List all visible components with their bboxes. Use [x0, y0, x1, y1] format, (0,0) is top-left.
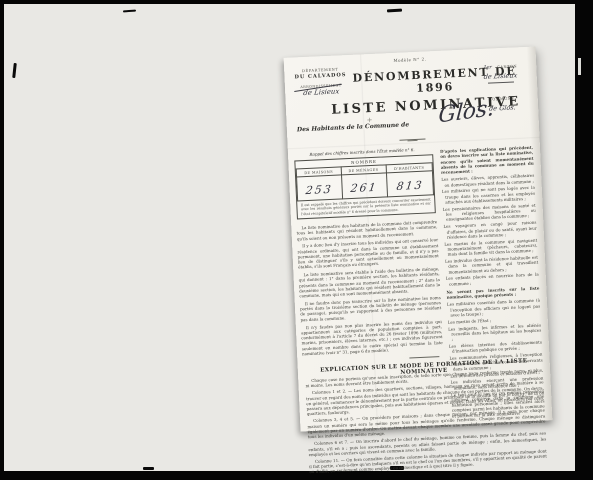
film-notch: [578, 58, 581, 75]
list-item: Les enfants placés en nourrice hors de l…: [446, 272, 539, 287]
registration-mark: [12, 63, 17, 78]
scan-frame-left: [0, 0, 4, 480]
form-model-number: Modèle N° 2.: [380, 56, 440, 64]
right-intro: D'après les explications qui précèdent, …: [440, 145, 534, 176]
census-form-page: + Modèle N° 2. DÉPARTEMENT DU CALVADOS A…: [284, 46, 553, 431]
recap-value-menages: 261: [341, 173, 387, 199]
ornament-divider: [399, 139, 425, 141]
paragraph: Il ne faudra donc pas transcrire sur la …: [300, 295, 442, 322]
divider: [488, 81, 514, 83]
canton-label: CANTON: [497, 64, 517, 69]
paragraph: La liste nominative sera établie à l'aid…: [298, 266, 440, 299]
paragraph: Il n'y faudra pas non plus inscrire les …: [301, 319, 443, 357]
scan-frame-bottom: [0, 471, 593, 480]
paragraph: Il y a donc lieu d'y inscrire tous les i…: [297, 237, 439, 270]
instructions-left-column: La liste nominative des habitants de la …: [296, 219, 443, 359]
canton-handwritten: de Lisieux: [483, 71, 518, 81]
registration-mark: [123, 10, 136, 13]
recap-value-habitants: 813: [386, 171, 433, 197]
explication-section: Chaque case ne portera qu'une seule insc…: [305, 367, 547, 476]
scan-frame-top: [0, 0, 593, 4]
canton-prefix-handwritten: 1er: [483, 64, 492, 70]
ornament-divider: [409, 356, 439, 358]
registration-mark: [143, 467, 154, 470]
recap-table: NOMBRE DE MAISONS DE MÉNAGES D'HABITANTS…: [294, 154, 436, 220]
registration-mark: [387, 9, 402, 13]
recap-value-maisons: 253: [297, 175, 343, 201]
arrondissement-handwritten: de Lisieux: [303, 87, 340, 97]
